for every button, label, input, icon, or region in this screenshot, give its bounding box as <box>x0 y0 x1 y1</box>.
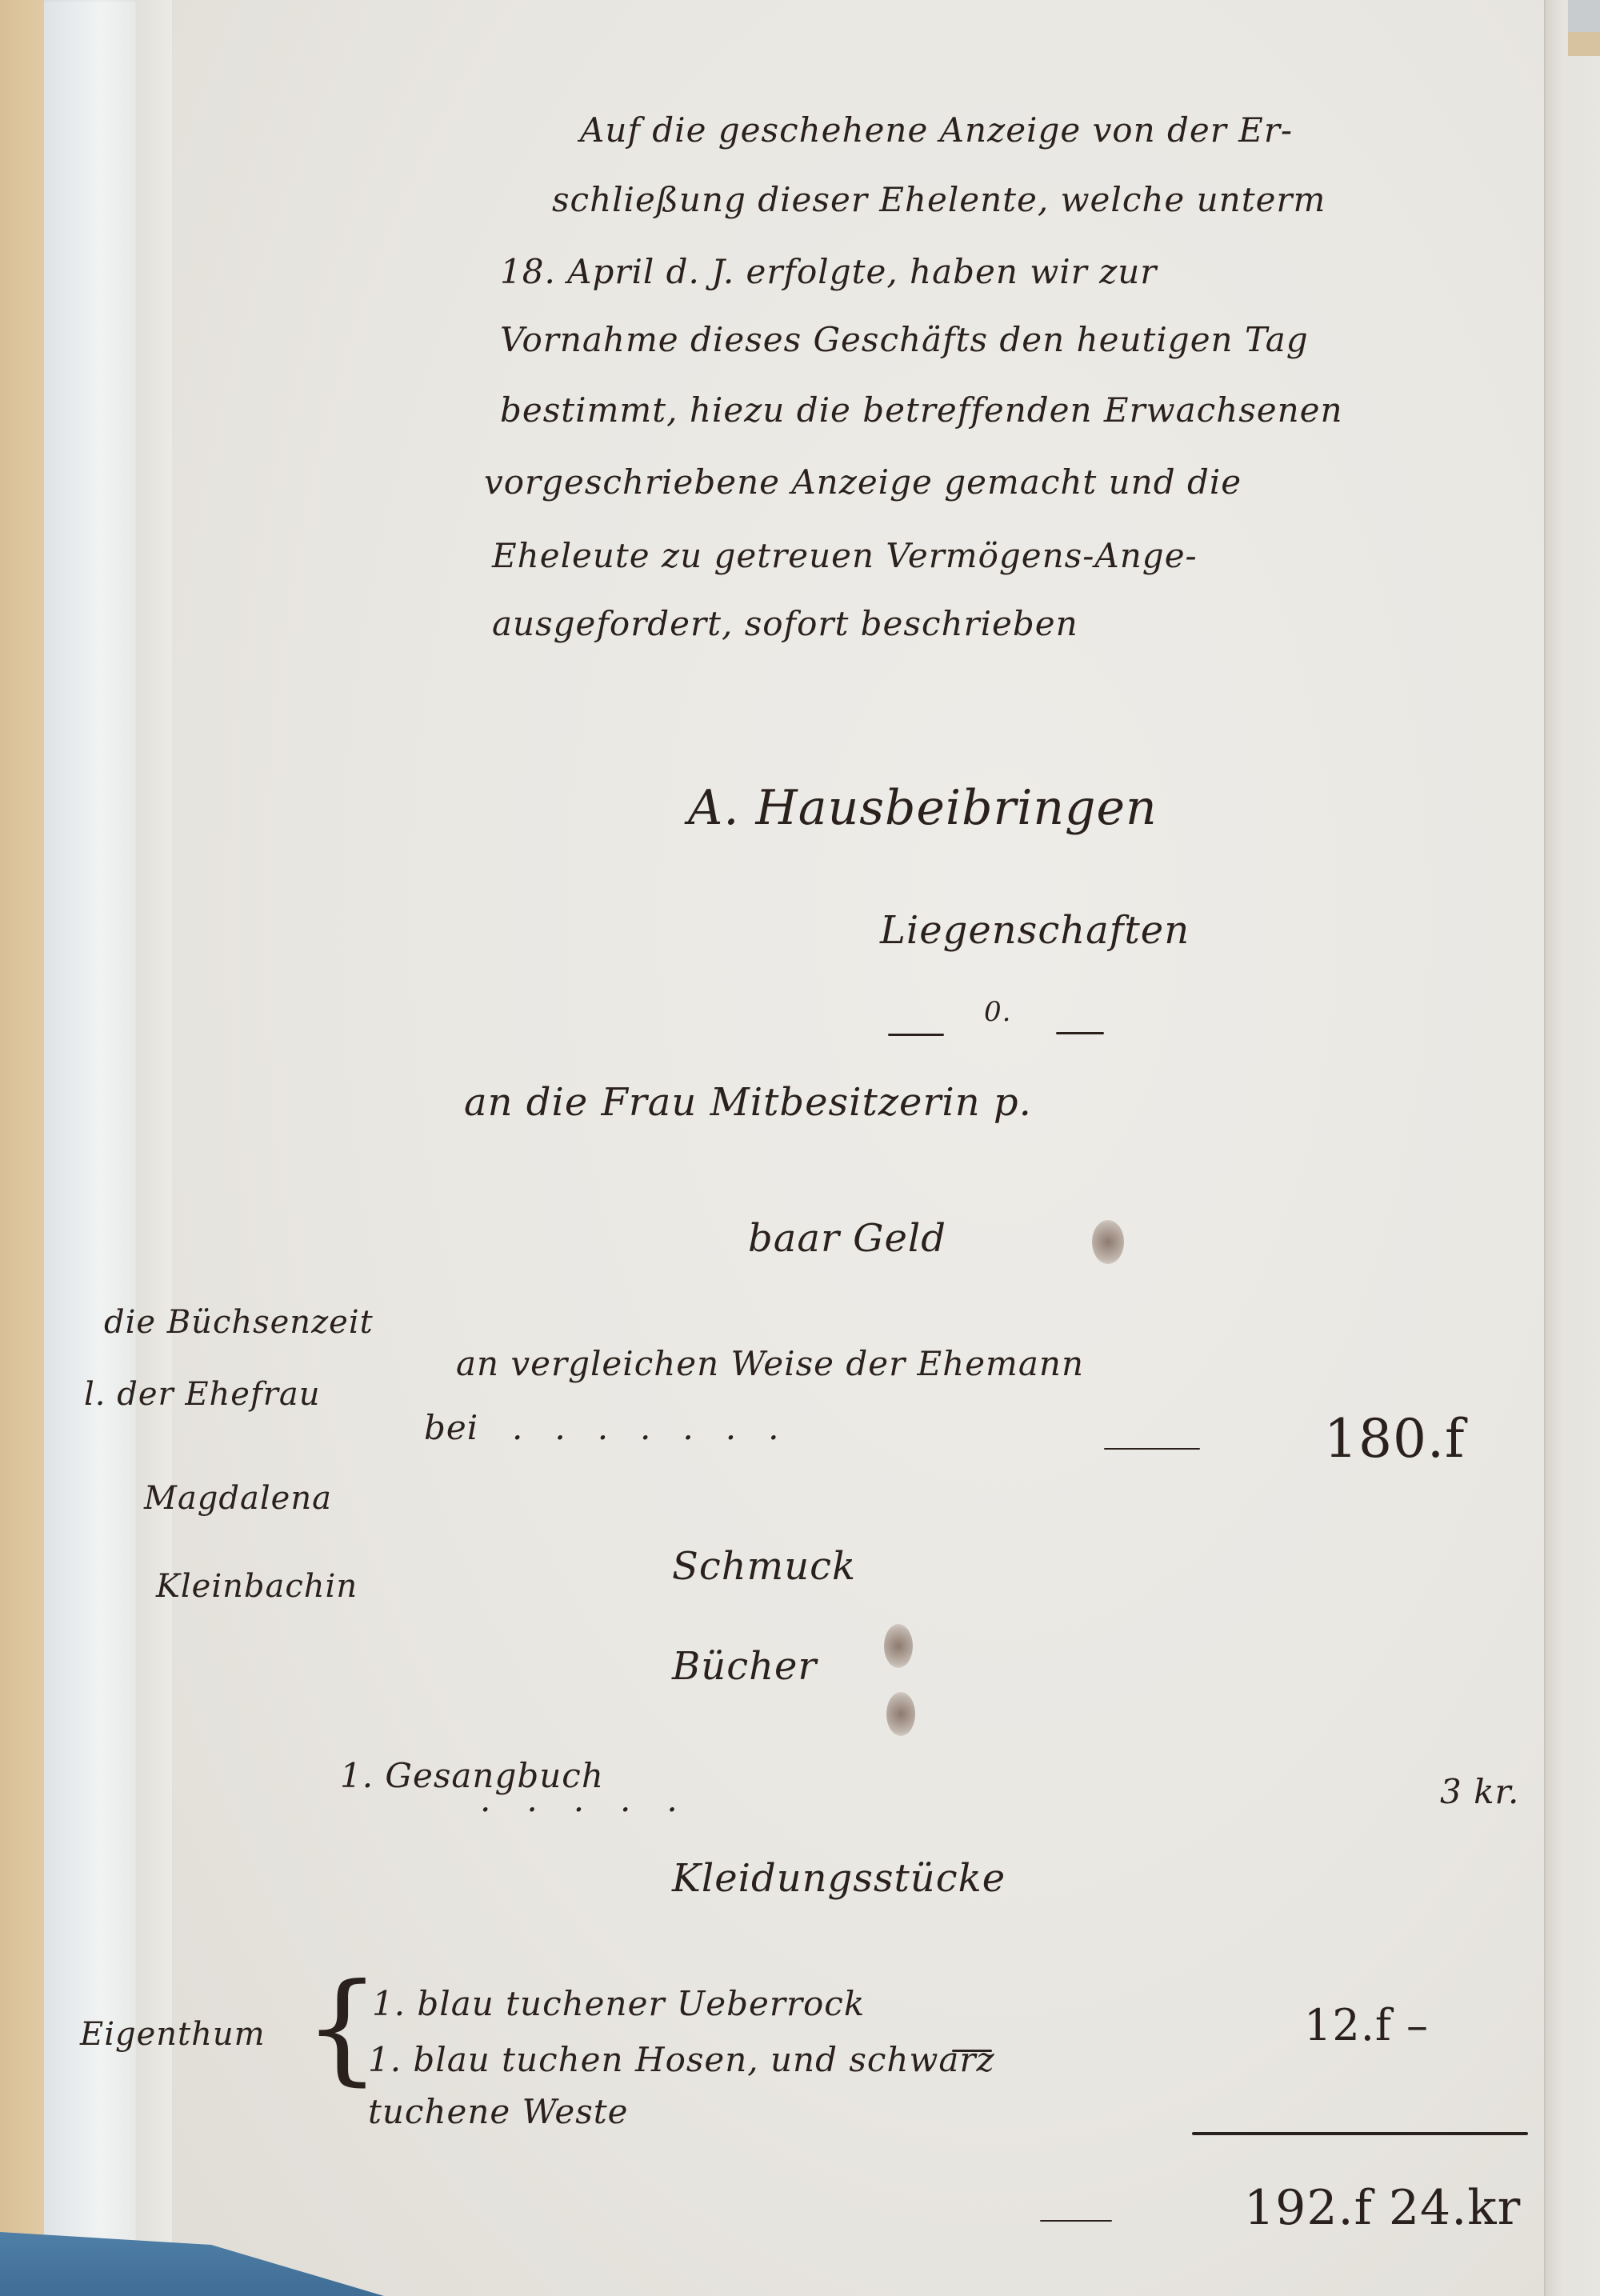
entry-text: tuchene Weste <box>368 2092 629 2131</box>
paragraph-line: Auf die geschehene Anzeige von der Er- <box>580 110 1293 150</box>
margin-note: die Büchsenzeit <box>104 1304 374 1341</box>
leader-dots: ....... <box>512 1408 810 1447</box>
backdrop-tan <box>0 0 50 2296</box>
leader-rule <box>1040 2220 1112 2222</box>
entry-text: 1. blau tuchener Ueberrock <box>372 1984 865 2023</box>
corner-backdrop <box>1568 0 1600 32</box>
paragraph-line: Vornahme dieses Geschäfts den heutigen T… <box>500 320 1309 359</box>
margin-note: Eigenthum <box>80 2016 266 2053</box>
subheading-baar-geld: baar Geld <box>748 1216 946 1261</box>
intro-line: an die Frau Mitbesitzerin p. <box>464 1080 1032 1125</box>
paragraph-line: Eheleute zu getreuen Vermögens-Ange- <box>492 536 1198 575</box>
margin-note: l. der Ehefrau <box>84 1376 321 1413</box>
leader-dots: ..... <box>480 1780 714 1819</box>
paragraph-line: schließung dieser Ehelente, welche unter… <box>552 180 1326 219</box>
total-amount: 192.f 24.kr <box>1244 2180 1521 2236</box>
subheading-liegenschaften: Liegenschaften <box>880 908 1190 953</box>
leader-rule <box>1104 1448 1200 1450</box>
section-heading: A. Hausbeibringen <box>688 780 1158 836</box>
subheading-schmuck: Schmuck <box>672 1544 856 1589</box>
ink-stain <box>884 1624 913 1668</box>
entry-amount: 180.f <box>1324 1408 1465 1470</box>
margin-name: Kleinbachin <box>156 1568 358 1605</box>
subheading-note: 0. <box>984 996 1011 1028</box>
entry-text: 1. blau tuchen Hosen, und schwarz <box>368 2040 995 2079</box>
short-rule <box>888 1034 944 1036</box>
page-right-edge <box>1544 0 1600 2296</box>
book-binding-fold <box>136 0 177 2296</box>
book-binding-strip <box>44 0 140 2296</box>
entry-text: bei <box>424 1408 478 1447</box>
subheading-buecher: Bücher <box>672 1644 817 1689</box>
subheading-kleidungsstuecke: Kleidungsstücke <box>672 1856 1006 1901</box>
margin-name: Magdalena <box>144 1480 332 1517</box>
short-rule <box>1056 1032 1104 1034</box>
corner-backdrop-tan <box>1568 32 1600 56</box>
paragraph-line: 18. April d. J. erfolgte, haben wir zur <box>500 252 1157 291</box>
ink-stain <box>886 1692 915 1736</box>
paragraph-line: vorgeschriebene Anzeige gemacht und die <box>484 462 1242 502</box>
entry-amount: 3 kr. <box>1440 1772 1519 1811</box>
entry-amount: 12.f – <box>1304 2000 1429 2050</box>
leader-rule <box>952 2050 992 2052</box>
ink-stain <box>1092 1220 1124 1264</box>
entry-text: an vergleichen Weise der Ehemann <box>456 1344 1084 1383</box>
paragraph-line: bestimmt, hiezu die betreffenden Erwachs… <box>500 390 1343 430</box>
paragraph-line: ausgefordert, sofort beschrieben <box>492 604 1078 643</box>
total-rule <box>1192 2132 1528 2135</box>
